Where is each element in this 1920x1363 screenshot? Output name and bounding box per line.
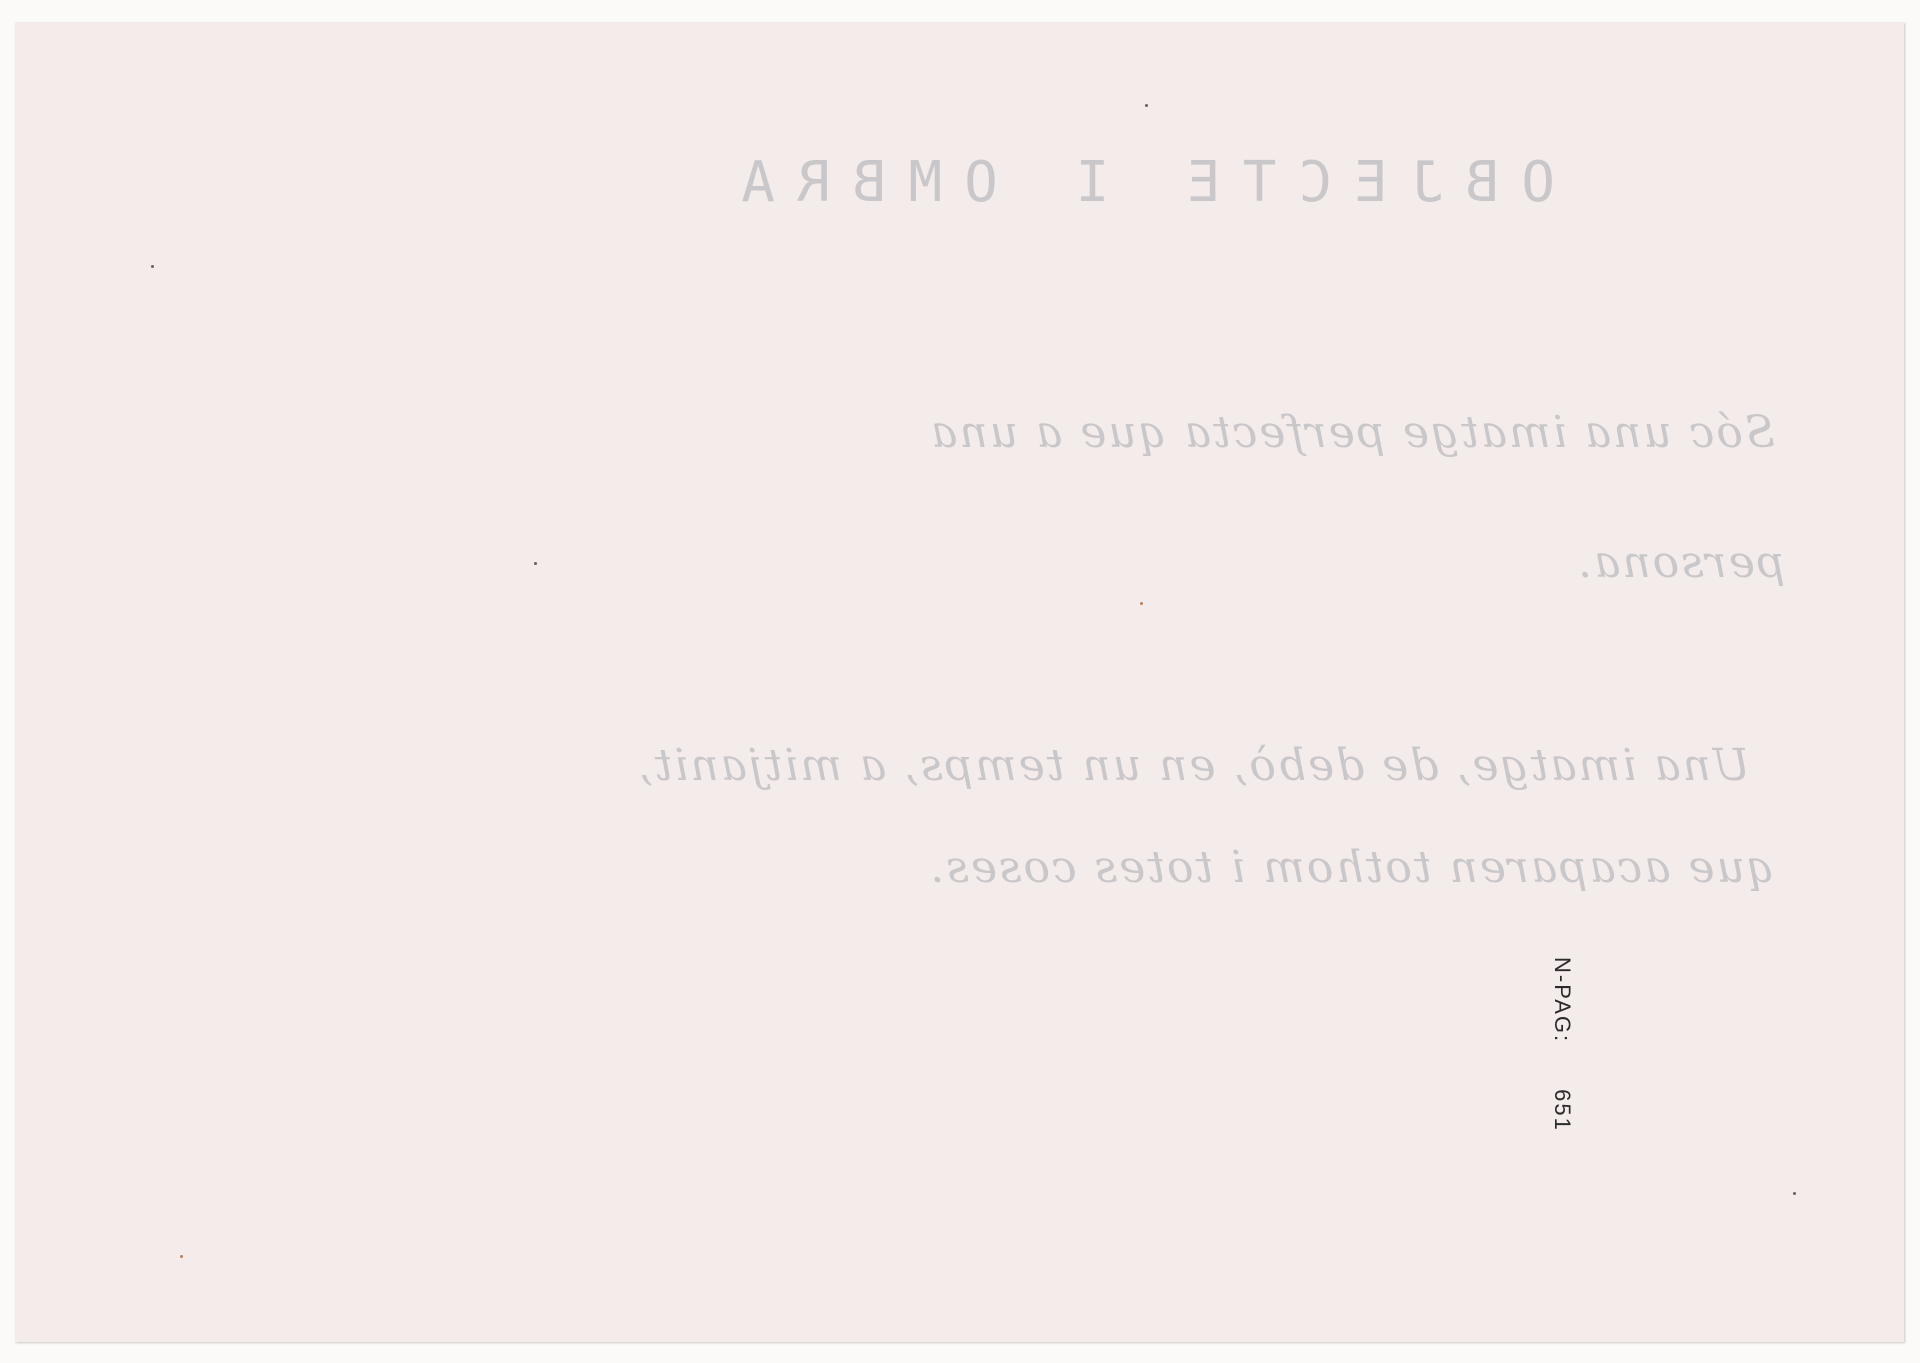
paper-speck — [1793, 1192, 1796, 1195]
stamp-number: 651 — [1550, 1089, 1575, 1132]
page-number-stamp: N-PAG:651 — [1549, 957, 1575, 1132]
paper-speck — [534, 562, 537, 565]
stamp-label: N-PAG: — [1550, 957, 1575, 1043]
mirrored-title: OBJECTE I OMBRA — [775, 150, 1555, 215]
paper-speck — [1140, 602, 1143, 605]
mirrored-handwriting-line-4: que acaparen tothom i totes coses. — [775, 842, 1775, 893]
paper-sheet: OBJECTE I OMBRA Sóc una imatge perfecta … — [15, 22, 1904, 1342]
mirrored-handwriting-line-2: persona. — [1325, 537, 1785, 588]
mirrored-handwriting-line-1: Sóc una imatge perfecta que a una — [755, 407, 1775, 458]
mirrored-handwriting-line-3: Una imatge, de debò, en un temps, a mitj… — [550, 740, 1750, 791]
paper-speck — [180, 1255, 183, 1258]
paper-speck — [151, 265, 154, 268]
paper-speck — [1145, 104, 1148, 107]
